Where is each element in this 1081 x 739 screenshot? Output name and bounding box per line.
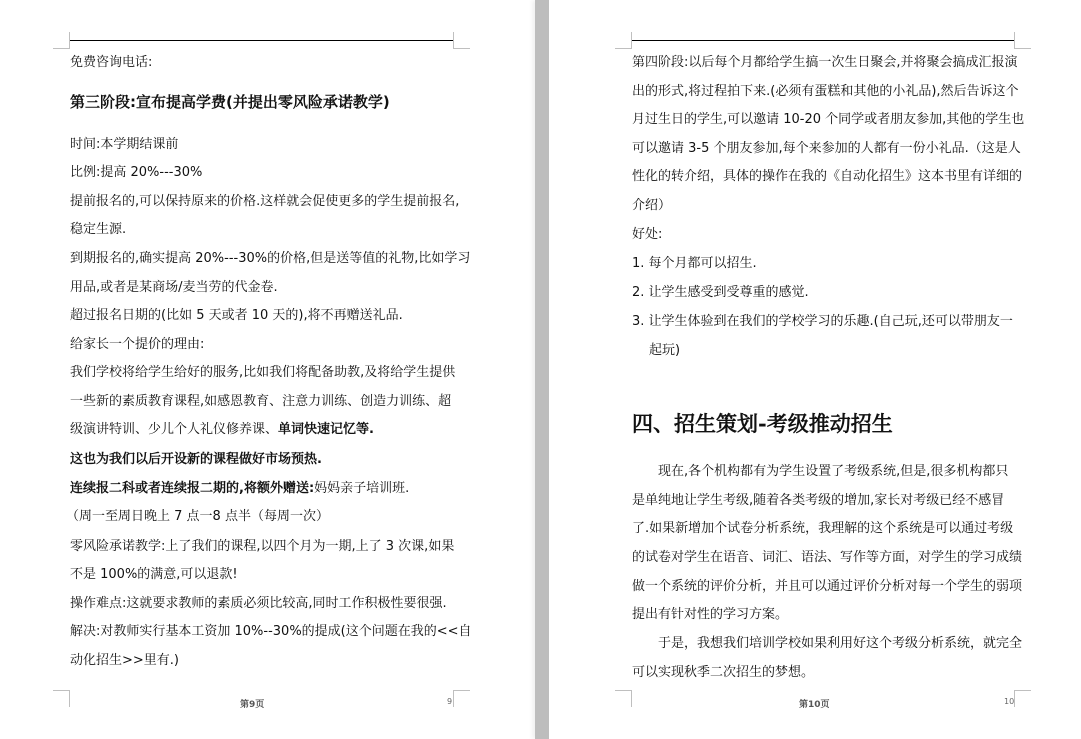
text-segment: 妈妈亲子培训班. bbox=[314, 481, 409, 496]
text-line: 好处: bbox=[632, 226, 662, 243]
text-line: 连续报二科或者连续报二期的,将额外赠送:妈妈亲子培训班. bbox=[70, 480, 409, 497]
text-line: 给家长一个提价的理由: bbox=[70, 336, 204, 353]
text-line: 超过报名日期的(比如 5 天或者 10 天的),将不再赠送礼品. bbox=[70, 307, 403, 324]
footer-page-label: 第10页 bbox=[799, 697, 830, 710]
document-page-10: 第四阶段:以后每个月都给学生搞一次生日聚会,并将聚会搞成汇报演 出的形式,将过程… bbox=[549, 0, 1081, 739]
crop-mark-top-right bbox=[1014, 32, 1031, 49]
text-line: 第四阶段:以后每个月都给学生搞一次生日聚会,并将聚会搞成汇报演 bbox=[632, 54, 1018, 71]
text-line: 提出有针对性的学习方案。 bbox=[632, 606, 788, 623]
text-line: 月过生日的学生,可以邀请 10-20 个同学或者朋友参加,其他的学生也 bbox=[632, 111, 1024, 128]
footer-page-number: 10 bbox=[1004, 697, 1014, 706]
bold-text-line: 这也为我们以后开设新的课程做好市场预热. bbox=[70, 451, 322, 468]
text-line: 解决:对教师实行基本工资加 10%--30%的提成(这个问题在我的<<自 bbox=[70, 623, 472, 640]
text-line: 级演讲特训、少儿个人礼仪修养课、单词快速记忆等. bbox=[70, 421, 374, 438]
text-line: 稳定生源. bbox=[70, 221, 126, 238]
text-line: 到期报名的,确实提高 20%---30%的价格,但是送等值的礼物,比如学习 bbox=[70, 250, 470, 267]
list-item: 3. 让学生体验到在我们的学校学习的乐趣.(自己玩,还可以带朋友一 bbox=[632, 313, 1013, 330]
text-line: 性化的转介绍，具体的操作在我的《自动化招生》这本书里有详细的 bbox=[632, 168, 1022, 185]
text-line: 是单纯地让学生考级,随着各类考级的增加,家长对考级已经不感冒 bbox=[632, 492, 1004, 509]
page-gutter bbox=[535, 0, 549, 739]
text-line: 做一个系统的评价分析，并且可以通过评价分析对每一个学生的弱项 bbox=[632, 578, 1022, 595]
text-line: 一些新的素质教育课程,如感恩教育、注意力训练、创造力训练、超 bbox=[70, 393, 451, 410]
document-page-9: 免费咨询电话: 第三阶段:宣布提高学费(并提出零风险承诺教学) 时间:本学期结课… bbox=[0, 0, 535, 739]
crop-mark-bottom-right bbox=[1014, 690, 1031, 707]
text-line: （周一至周日晚上 7 点一8 点半（每周一次） bbox=[66, 508, 329, 525]
text-line: 的试卷对学生在语音、词汇、语法、写作等方面，对学生的学习成绩 bbox=[632, 549, 1022, 566]
text-line: 提前报名的,可以保持原来的价格.这样就会促使更多的学生提前报名, bbox=[70, 193, 459, 210]
text-line: 操作难点:这就要求教师的素质必须比较高,同时工作积极性要很强. bbox=[70, 595, 447, 612]
crop-mark-bottom-left bbox=[615, 690, 632, 707]
crop-mark-top-left bbox=[615, 32, 632, 49]
text-line: 现在,各个机构都有为学生设置了考级系统,但是,很多机构都只 bbox=[658, 463, 1008, 480]
footer-page-label: 第9页 bbox=[240, 697, 264, 710]
text-line: 零风险承诺教学:上了我们的课程,以四个月为一期,上了 3 次课,如果 bbox=[70, 538, 454, 555]
text-line: 可以邀请 3-5 个朋友参加,每个来参加的人都有一份小礼品.（这是人 bbox=[632, 140, 1021, 157]
text-line: 介绍） bbox=[632, 197, 671, 214]
text-line: 我们学校将给学生给好的服务,比如我们将配备助教,及将给学生提供 bbox=[70, 364, 455, 381]
footer-page-number: 9 bbox=[447, 697, 452, 706]
text-line: 动化招生>>里有.) bbox=[70, 652, 179, 669]
text-line: 出的形式,将过程拍下来.(必须有蛋糕和其他的小礼品),然后告诉这个 bbox=[632, 83, 1019, 100]
section-heading: 四、招生策划-考级推动招生 bbox=[632, 411, 893, 437]
text-line: 于是，我想我们培训学校如果利用好这个考级分析系统，就完全 bbox=[658, 635, 1022, 652]
header-rule bbox=[70, 40, 453, 41]
text-line: 不是 100%的满意,可以退款! bbox=[70, 566, 238, 583]
crop-mark-bottom-left bbox=[53, 690, 70, 707]
crop-mark-bottom-right bbox=[453, 690, 470, 707]
text-segment: 级演讲特训、少儿个人礼仪修养课、 bbox=[70, 422, 278, 437]
text-line: 时间:本学期结课前 bbox=[70, 136, 178, 153]
bold-segment: 单词快速记忆等. bbox=[278, 422, 374, 437]
list-item-continuation: 起玩) bbox=[649, 342, 680, 359]
bold-segment: 连续报二科或者连续报二期的,将额外赠送: bbox=[70, 481, 314, 496]
text-line: 免费咨询电话: bbox=[70, 54, 152, 71]
stage-heading: 第三阶段:宣布提高学费(并提出零风险承诺教学) bbox=[70, 94, 390, 111]
text-line: 了.如果新增加个试卷分析系统，我理解的这个系统是可以通过考级 bbox=[632, 520, 1013, 537]
text-line: 可以实现秋季二次招生的梦想。 bbox=[632, 664, 814, 681]
text-line: 用品,或者是某商场/麦当劳的代金卷. bbox=[70, 279, 278, 296]
crop-mark-top-left bbox=[53, 32, 70, 49]
crop-mark-top-right bbox=[453, 32, 470, 49]
list-item: 2. 让学生感受到受尊重的感觉. bbox=[632, 284, 809, 301]
list-item: 1. 每个月都可以招生. bbox=[632, 255, 757, 272]
text-line: 比例:提高 20%---30% bbox=[70, 164, 202, 181]
header-rule bbox=[632, 40, 1014, 41]
